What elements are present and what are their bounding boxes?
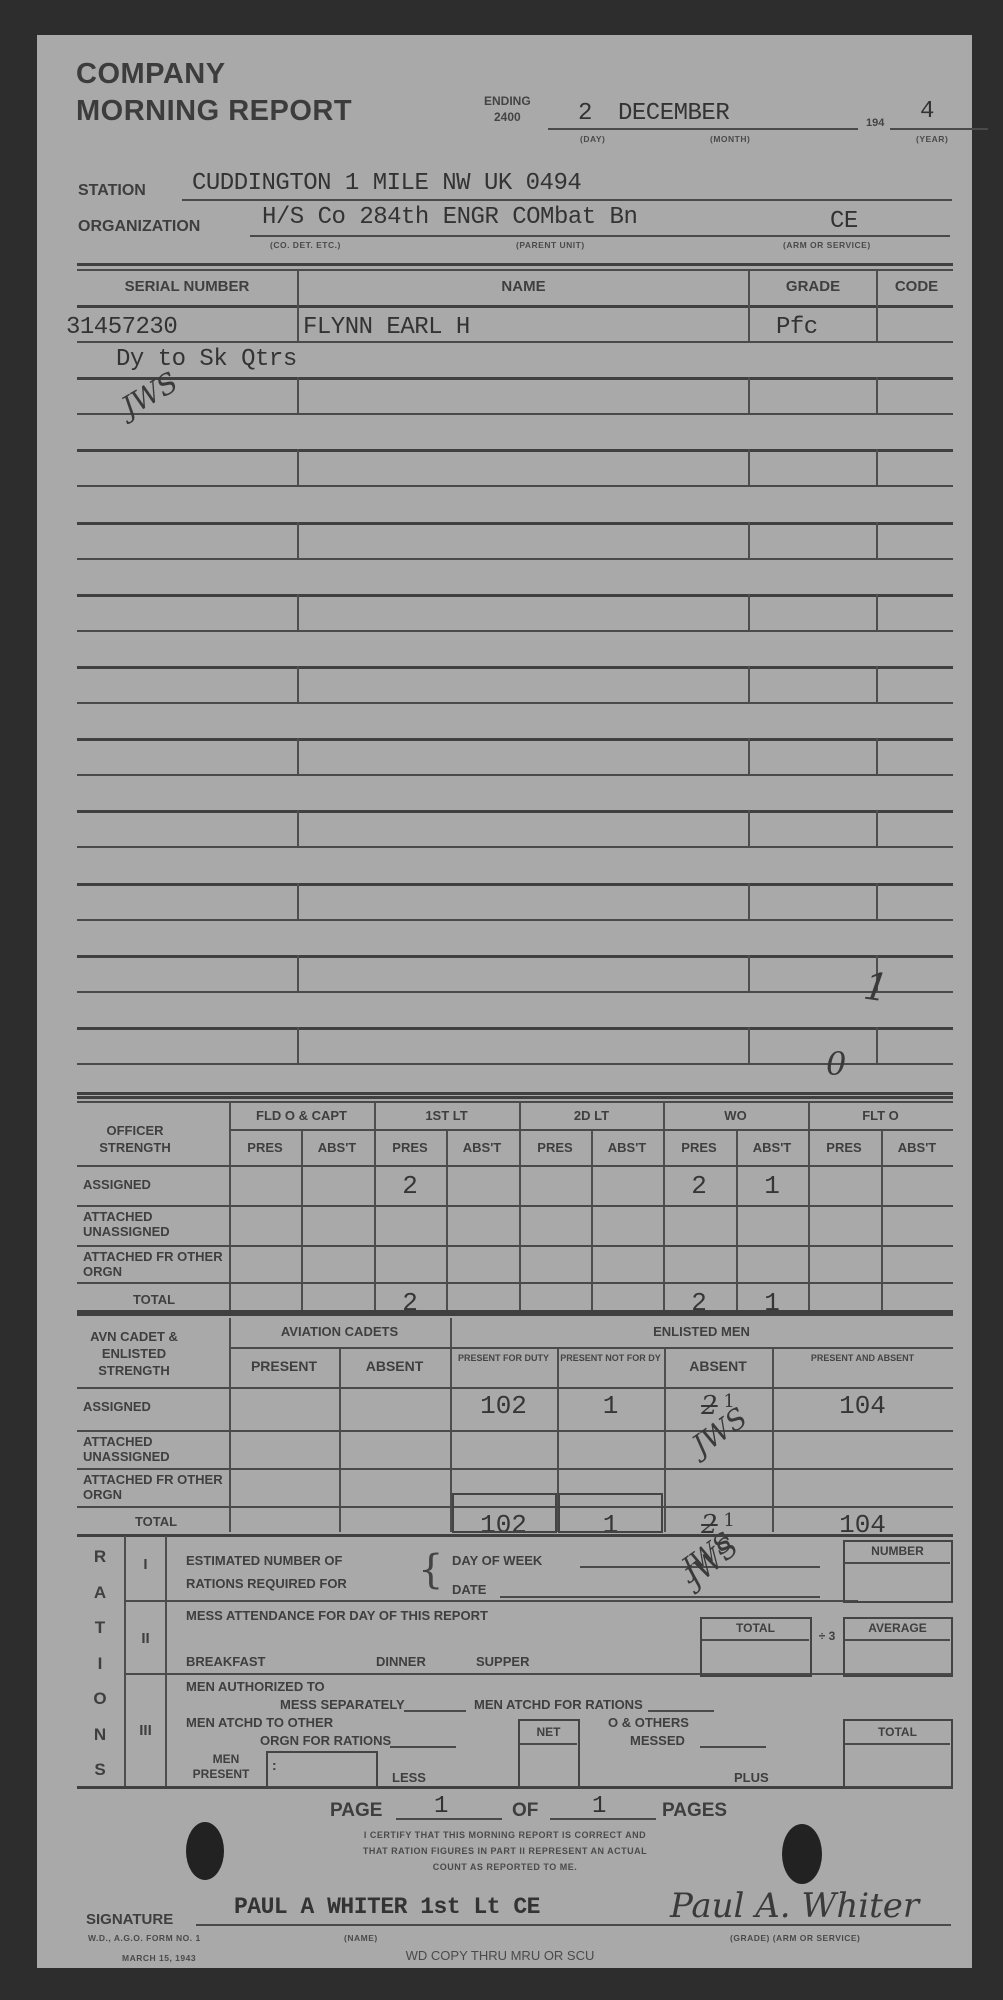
enlisted-sub-header: PRESENT AND ABSENT [772, 1353, 953, 1364]
officer-cell[interactable] [301, 1211, 373, 1243]
certification-line-1: I CERTIFY THAT THIS MORNING REPORT IS CO… [290, 1830, 720, 1840]
officer-cell[interactable] [446, 1288, 518, 1308]
org-caption-parent: (PARENT UNIT) [516, 240, 585, 250]
enlisted-row-label: ATTACHED UNASSIGNED [83, 1434, 229, 1464]
entry-name: FLYNN EARL H [303, 314, 470, 341]
date-underline [548, 128, 858, 130]
officer-cell[interactable] [591, 1211, 663, 1243]
rations-letter: R [80, 1547, 120, 1567]
officer-top-rule [77, 1096, 953, 1099]
signer-name: PAUL A WHITER 1st Lt CE [234, 1894, 540, 1920]
officer-sub-header: PRES [519, 1140, 591, 1155]
net-box[interactable]: NET [518, 1719, 580, 1788]
net-label: NET [520, 1725, 577, 1739]
meal-dinner: DINNER [376, 1654, 426, 1669]
officer-row-rule [77, 1245, 953, 1247]
rations-top-rule [77, 1534, 953, 1537]
officer-cell[interactable] [446, 1171, 518, 1203]
page-number: 1 [434, 1793, 448, 1820]
enlisted-row-label: ASSIGNED [83, 1399, 229, 1414]
rations-letter: N [80, 1725, 120, 1745]
report-month: DECEMBER [618, 100, 729, 127]
enlisted-cell[interactable]: 2 1 [664, 1510, 772, 1530]
officer-cell[interactable] [808, 1171, 880, 1203]
officer-cell[interactable] [229, 1211, 301, 1243]
enlisted-cell[interactable]: 104 [772, 1391, 953, 1428]
officer-cell[interactable] [591, 1171, 663, 1203]
roster-row-rule [77, 413, 953, 415]
mess-attendance-title: MESS ATTENDANCE FOR DAY OF THIS REPORT [186, 1608, 488, 1623]
men-present-value: : [272, 1757, 277, 1773]
officer-group-header: 1ST LT [374, 1108, 519, 1123]
officer-cell[interactable] [591, 1251, 663, 1280]
part1-text-2: RATIONS REQUIRED FOR [186, 1576, 347, 1591]
name-caption: (NAME) [344, 1933, 378, 1943]
org-caption-arm: (ARM OR SERVICE) [783, 240, 871, 250]
officer-cell[interactable] [881, 1251, 953, 1280]
officer-cell[interactable] [663, 1251, 735, 1280]
of-label: OF [512, 1800, 538, 1822]
enlisted-sub-header: PRESENT [229, 1358, 339, 1374]
officer-sub-header: ABS'T [446, 1140, 518, 1155]
roster-row[interactable] [77, 451, 953, 485]
officer-cell[interactable]: 2 [663, 1171, 735, 1203]
rations-letter: O [80, 1689, 120, 1709]
organization-value: H/S Co 284th ENGR COMbat Bn [262, 204, 637, 231]
men-auth-1: MEN AUTHORIZED TO [186, 1679, 325, 1694]
net-rule [520, 1743, 577, 1745]
officer-cell[interactable] [808, 1288, 880, 1308]
average-label: AVERAGE [845, 1621, 950, 1635]
part1-numeral: I [126, 1556, 165, 1573]
roster-row-rule [77, 558, 953, 560]
roster-row-rule [77, 846, 953, 848]
month-caption: (MONTH) [710, 134, 750, 144]
men-auth-2: MESS SEPARATELY [280, 1697, 405, 1712]
report-day: 2 [578, 100, 592, 127]
officer-cell[interactable] [808, 1251, 880, 1280]
total-pages: 1 [592, 1793, 606, 1820]
enlisted-sub-header: PRESENT FOR DUTY [450, 1353, 557, 1364]
aviation-cadets-header: AVIATION CADETS [229, 1324, 450, 1339]
enlisted-top-rule [77, 1313, 953, 1316]
part2-numeral: II [126, 1630, 165, 1647]
officer-cell[interactable] [374, 1211, 446, 1243]
enlisted-sub-header: ABSENT [664, 1358, 772, 1374]
officer-row-label: ATTACHED UNASSIGNED [83, 1209, 225, 1239]
officer-cell[interactable] [301, 1288, 373, 1308]
date-line [500, 1596, 820, 1598]
form-date: MARCH 15, 1943 [122, 1953, 196, 1963]
certification-line-2: THAT RATION FIGURES IN PART II REPRESENT… [290, 1846, 720, 1856]
officer-group-header: FLT O [808, 1108, 953, 1123]
signature-label: SIGNATURE [86, 1911, 173, 1928]
officer-row-rule [77, 1165, 953, 1167]
ending-time-label: 2400 [494, 110, 521, 124]
rations-total-box[interactable]: TOTAL [843, 1719, 953, 1788]
part3-numeral: III [126, 1722, 165, 1739]
page-label: PAGE [330, 1800, 382, 1822]
officer-sub-header: PRES [663, 1140, 735, 1155]
number-box[interactable]: NUMBER [843, 1540, 953, 1603]
roster-row[interactable] [77, 379, 953, 413]
o-others-2: MESSED [630, 1733, 685, 1748]
officer-cell[interactable] [736, 1211, 808, 1243]
arm-service-value: CE [830, 208, 858, 235]
grade-caption: (GRADE) (ARM OR SERVICE) [730, 1933, 860, 1943]
enlisted-row-rule [77, 1468, 953, 1470]
roster-row-rule [77, 485, 953, 487]
enlisted-cell[interactable] [772, 1472, 953, 1504]
officer-sub-header: ABS'T [881, 1140, 953, 1155]
officer-cell[interactable] [663, 1211, 735, 1243]
officer-row-rule [77, 1205, 953, 1207]
officer-cell[interactable] [446, 1211, 518, 1243]
enlisted-row-label: ATTACHED FR OTHER ORGN [83, 1472, 229, 1502]
mess-total-rule [702, 1639, 809, 1641]
enlisted-cell[interactable] [229, 1434, 339, 1466]
enlisted-row-rule [77, 1387, 953, 1389]
station-label: STATION [78, 182, 146, 200]
rations-letter: S [80, 1760, 120, 1780]
average-rule [845, 1639, 950, 1641]
year-prefix: 194 [866, 117, 884, 129]
officer-row-label: TOTAL [83, 1292, 225, 1307]
officer-cell[interactable] [229, 1171, 301, 1203]
officer-group-rule [229, 1129, 953, 1131]
day-of-week-label: DAY OF WEEK [452, 1553, 542, 1568]
enlisted-sub-header: PRESENT NOT FOR DY [557, 1353, 664, 1364]
station-value: CUDDINGTON 1 MILE NW UK 0494 [192, 170, 581, 197]
officer-group-header: WO [663, 1108, 808, 1123]
roster-row[interactable] [77, 668, 953, 702]
margin-mark-0: 0 [826, 1045, 846, 1083]
roster-row[interactable] [77, 1029, 953, 1063]
rations-divider [165, 1536, 167, 1788]
enlisted-cell[interactable] [229, 1472, 339, 1504]
total-pfd-box [452, 1493, 557, 1533]
officer-strength-title: OFFICER STRENGTH [80, 1122, 190, 1156]
org-caption-co: (CO. DET. ETC.) [270, 240, 341, 250]
col-code: CODE [878, 278, 955, 295]
pages-label: PAGES [662, 1800, 727, 1822]
enlisted-sub-header: ABSENT [339, 1358, 450, 1374]
rations-letter: I [80, 1654, 120, 1674]
brace-icon: { [418, 1548, 443, 1592]
roster-row-rule [77, 630, 953, 632]
enlisted-cell[interactable] [339, 1472, 450, 1504]
men-atchd-rations-line [648, 1710, 714, 1712]
men-atchd-rations: MEN ATCHD FOR RATIONS [474, 1697, 643, 1712]
roster-bottom-rule [77, 1092, 953, 1095]
roster-top-rule [77, 263, 953, 266]
punch-hole-right [782, 1824, 822, 1884]
men-atchd-other-1: MEN ATCHD TO OTHER [186, 1715, 333, 1730]
officer-sub-header: PRES [374, 1140, 446, 1155]
entry-serial-number: 31457230 [66, 314, 177, 341]
roster-row[interactable] [77, 596, 953, 630]
enlisted-cell[interactable] [339, 1510, 450, 1530]
year-caption: (YEAR) [916, 134, 948, 144]
roster-row-rule [77, 991, 953, 993]
year-underline [890, 128, 988, 130]
enlisted-cell[interactable] [229, 1391, 339, 1428]
organization-underline [250, 235, 950, 237]
officer-cell[interactable]: 2 [374, 1288, 446, 1308]
enlisted-cell[interactable] [772, 1434, 953, 1466]
enlisted-cell[interactable] [557, 1434, 664, 1466]
officer-cell[interactable]: 2 [374, 1171, 446, 1203]
men-atchd-other-2: ORGN FOR RATIONS [260, 1733, 391, 1748]
mess-separately-line [404, 1710, 466, 1712]
o-others-1: O & OTHERS [608, 1715, 689, 1730]
mess-total-box[interactable]: TOTAL [700, 1617, 812, 1677]
officer-sub-header: PRES [808, 1140, 880, 1155]
officer-cell[interactable]: 1 [736, 1288, 808, 1308]
handwritten-signature: Paul A. Whiter [670, 1886, 919, 1926]
officer-cell[interactable] [881, 1171, 953, 1203]
roster-row-rule [77, 919, 953, 921]
rations-total-rule [845, 1743, 950, 1745]
part1-text-1: ESTIMATED NUMBER OF [186, 1553, 342, 1568]
officer-cell[interactable] [229, 1251, 301, 1280]
roster-row-rule [77, 702, 953, 704]
enlisted-cell[interactable] [339, 1391, 450, 1428]
officer-cell[interactable] [591, 1288, 663, 1308]
o-others-line [700, 1746, 766, 1748]
certification-line-3: COUNT AS REPORTED TO ME. [290, 1862, 720, 1872]
total-pnfd-box [558, 1493, 663, 1533]
organization-label: ORGANIZATION [78, 218, 200, 236]
officer-group-header: FLD O & CAPT [229, 1108, 374, 1123]
meal-supper: SUPPER [476, 1654, 529, 1669]
col-name: NAME [299, 278, 748, 295]
rations-divider [124, 1536, 126, 1788]
col-grade: GRADE [750, 278, 876, 295]
roster-row[interactable] [77, 524, 953, 558]
officer-cell[interactable]: 2 [663, 1288, 735, 1308]
men-present-2: PRESENT [176, 1767, 266, 1782]
date-label: DATE [452, 1582, 486, 1597]
number-box-rule [845, 1562, 950, 1564]
officer-group-header: 2D LT [519, 1108, 664, 1123]
officer-sub-header: ABS'T [736, 1140, 808, 1155]
men-present-box[interactable]: : [266, 1751, 378, 1788]
rations-part1-rule [124, 1600, 858, 1602]
officer-cell[interactable] [736, 1251, 808, 1280]
punch-hole-left [186, 1822, 224, 1880]
roster-row-rule [77, 774, 953, 776]
roster-row[interactable] [77, 740, 953, 774]
average-box[interactable]: AVERAGE [843, 1617, 953, 1677]
entry-remark: Dy to Sk Qtrs [116, 346, 297, 373]
ending-label: ENDING [484, 94, 531, 108]
roster-row[interactable] [77, 812, 953, 846]
officer-cell[interactable] [301, 1251, 373, 1280]
enlisted-row-rule [77, 1430, 953, 1432]
enlisted-strength-title: AVN CADET & ENLISTED STRENGTH [78, 1328, 190, 1379]
officer-cell[interactable] [519, 1288, 591, 1308]
rations-letter: A [80, 1583, 120, 1603]
page-underline [396, 1818, 502, 1820]
officer-cell[interactable] [374, 1251, 446, 1280]
enlisted-men-header: ENLISTED MEN [450, 1324, 953, 1339]
entry-grade: Pfc [776, 314, 818, 341]
rations-letter: T [80, 1618, 120, 1638]
form-title-line1: COMPANY [76, 58, 226, 90]
roster-row-rule [77, 1063, 953, 1065]
officer-cell[interactable] [446, 1251, 518, 1280]
mess-total-label: TOTAL [702, 1621, 809, 1635]
less-label: LESS [392, 1770, 426, 1785]
rations-total-label: TOTAL [845, 1725, 950, 1739]
officer-cell[interactable] [881, 1288, 953, 1308]
officer-sub-header: ABS'T [591, 1140, 663, 1155]
roster-row[interactable] [77, 307, 953, 341]
officer-row-label: ATTACHED FR OTHER ORGN [83, 1249, 225, 1279]
station-underline [182, 199, 952, 201]
roster-row[interactable] [77, 885, 953, 919]
officer-row-label: ASSIGNED [83, 1177, 225, 1192]
enlisted-cell[interactable]: 102 [450, 1391, 557, 1428]
enlisted-cell[interactable] [450, 1434, 557, 1466]
enlisted-cell[interactable] [664, 1472, 772, 1504]
rations-bottom-rule [77, 1786, 953, 1789]
roster-row[interactable] [77, 957, 953, 991]
roster-top-rule-2 [77, 269, 953, 271]
men-present-1: MEN [186, 1752, 266, 1767]
enlisted-group-rule [229, 1347, 953, 1349]
report-year: 4 [920, 98, 934, 125]
officer-cell[interactable] [881, 1211, 953, 1243]
number-box-label: NUMBER [845, 1544, 950, 1558]
officer-cell[interactable] [229, 1288, 301, 1308]
officer-sub-header: ABS'T [301, 1140, 373, 1155]
enlisted-cell[interactable]: 104 [772, 1510, 953, 1530]
enlisted-row-label: TOTAL [83, 1514, 229, 1529]
col-serial-number: SERIAL NUMBER [77, 278, 297, 295]
day-caption: (DAY) [580, 134, 605, 144]
officer-cell[interactable] [519, 1211, 591, 1243]
officer-cell[interactable] [519, 1251, 591, 1280]
form-title-line2: MORNING REPORT [76, 95, 352, 127]
rations-part2-rule [124, 1673, 953, 1675]
officer-cell[interactable] [519, 1171, 591, 1203]
officer-cell[interactable]: 1 [736, 1171, 808, 1203]
copy-note: WD COPY THRU MRU OR SCU [250, 1948, 750, 1963]
officer-row-rule [77, 1282, 953, 1284]
officer-cell[interactable] [808, 1211, 880, 1243]
enlisted-cell[interactable]: 1 [557, 1391, 664, 1428]
roster-row-rule [77, 341, 953, 343]
enlisted-cell[interactable] [229, 1510, 339, 1530]
officer-cell[interactable] [301, 1171, 373, 1203]
divide-by-three: ÷ 3 [815, 1626, 839, 1646]
meal-breakfast: BREAKFAST [186, 1654, 265, 1669]
enlisted-cell[interactable] [339, 1434, 450, 1466]
plus-label: PLUS [734, 1770, 769, 1785]
form-number: W.D., A.G.O. FORM NO. 1 [88, 1933, 201, 1943]
officer-top-rule-2 [77, 1101, 953, 1103]
men-atchd-other-line [390, 1746, 456, 1748]
officer-sub-header: PRES [229, 1140, 301, 1155]
